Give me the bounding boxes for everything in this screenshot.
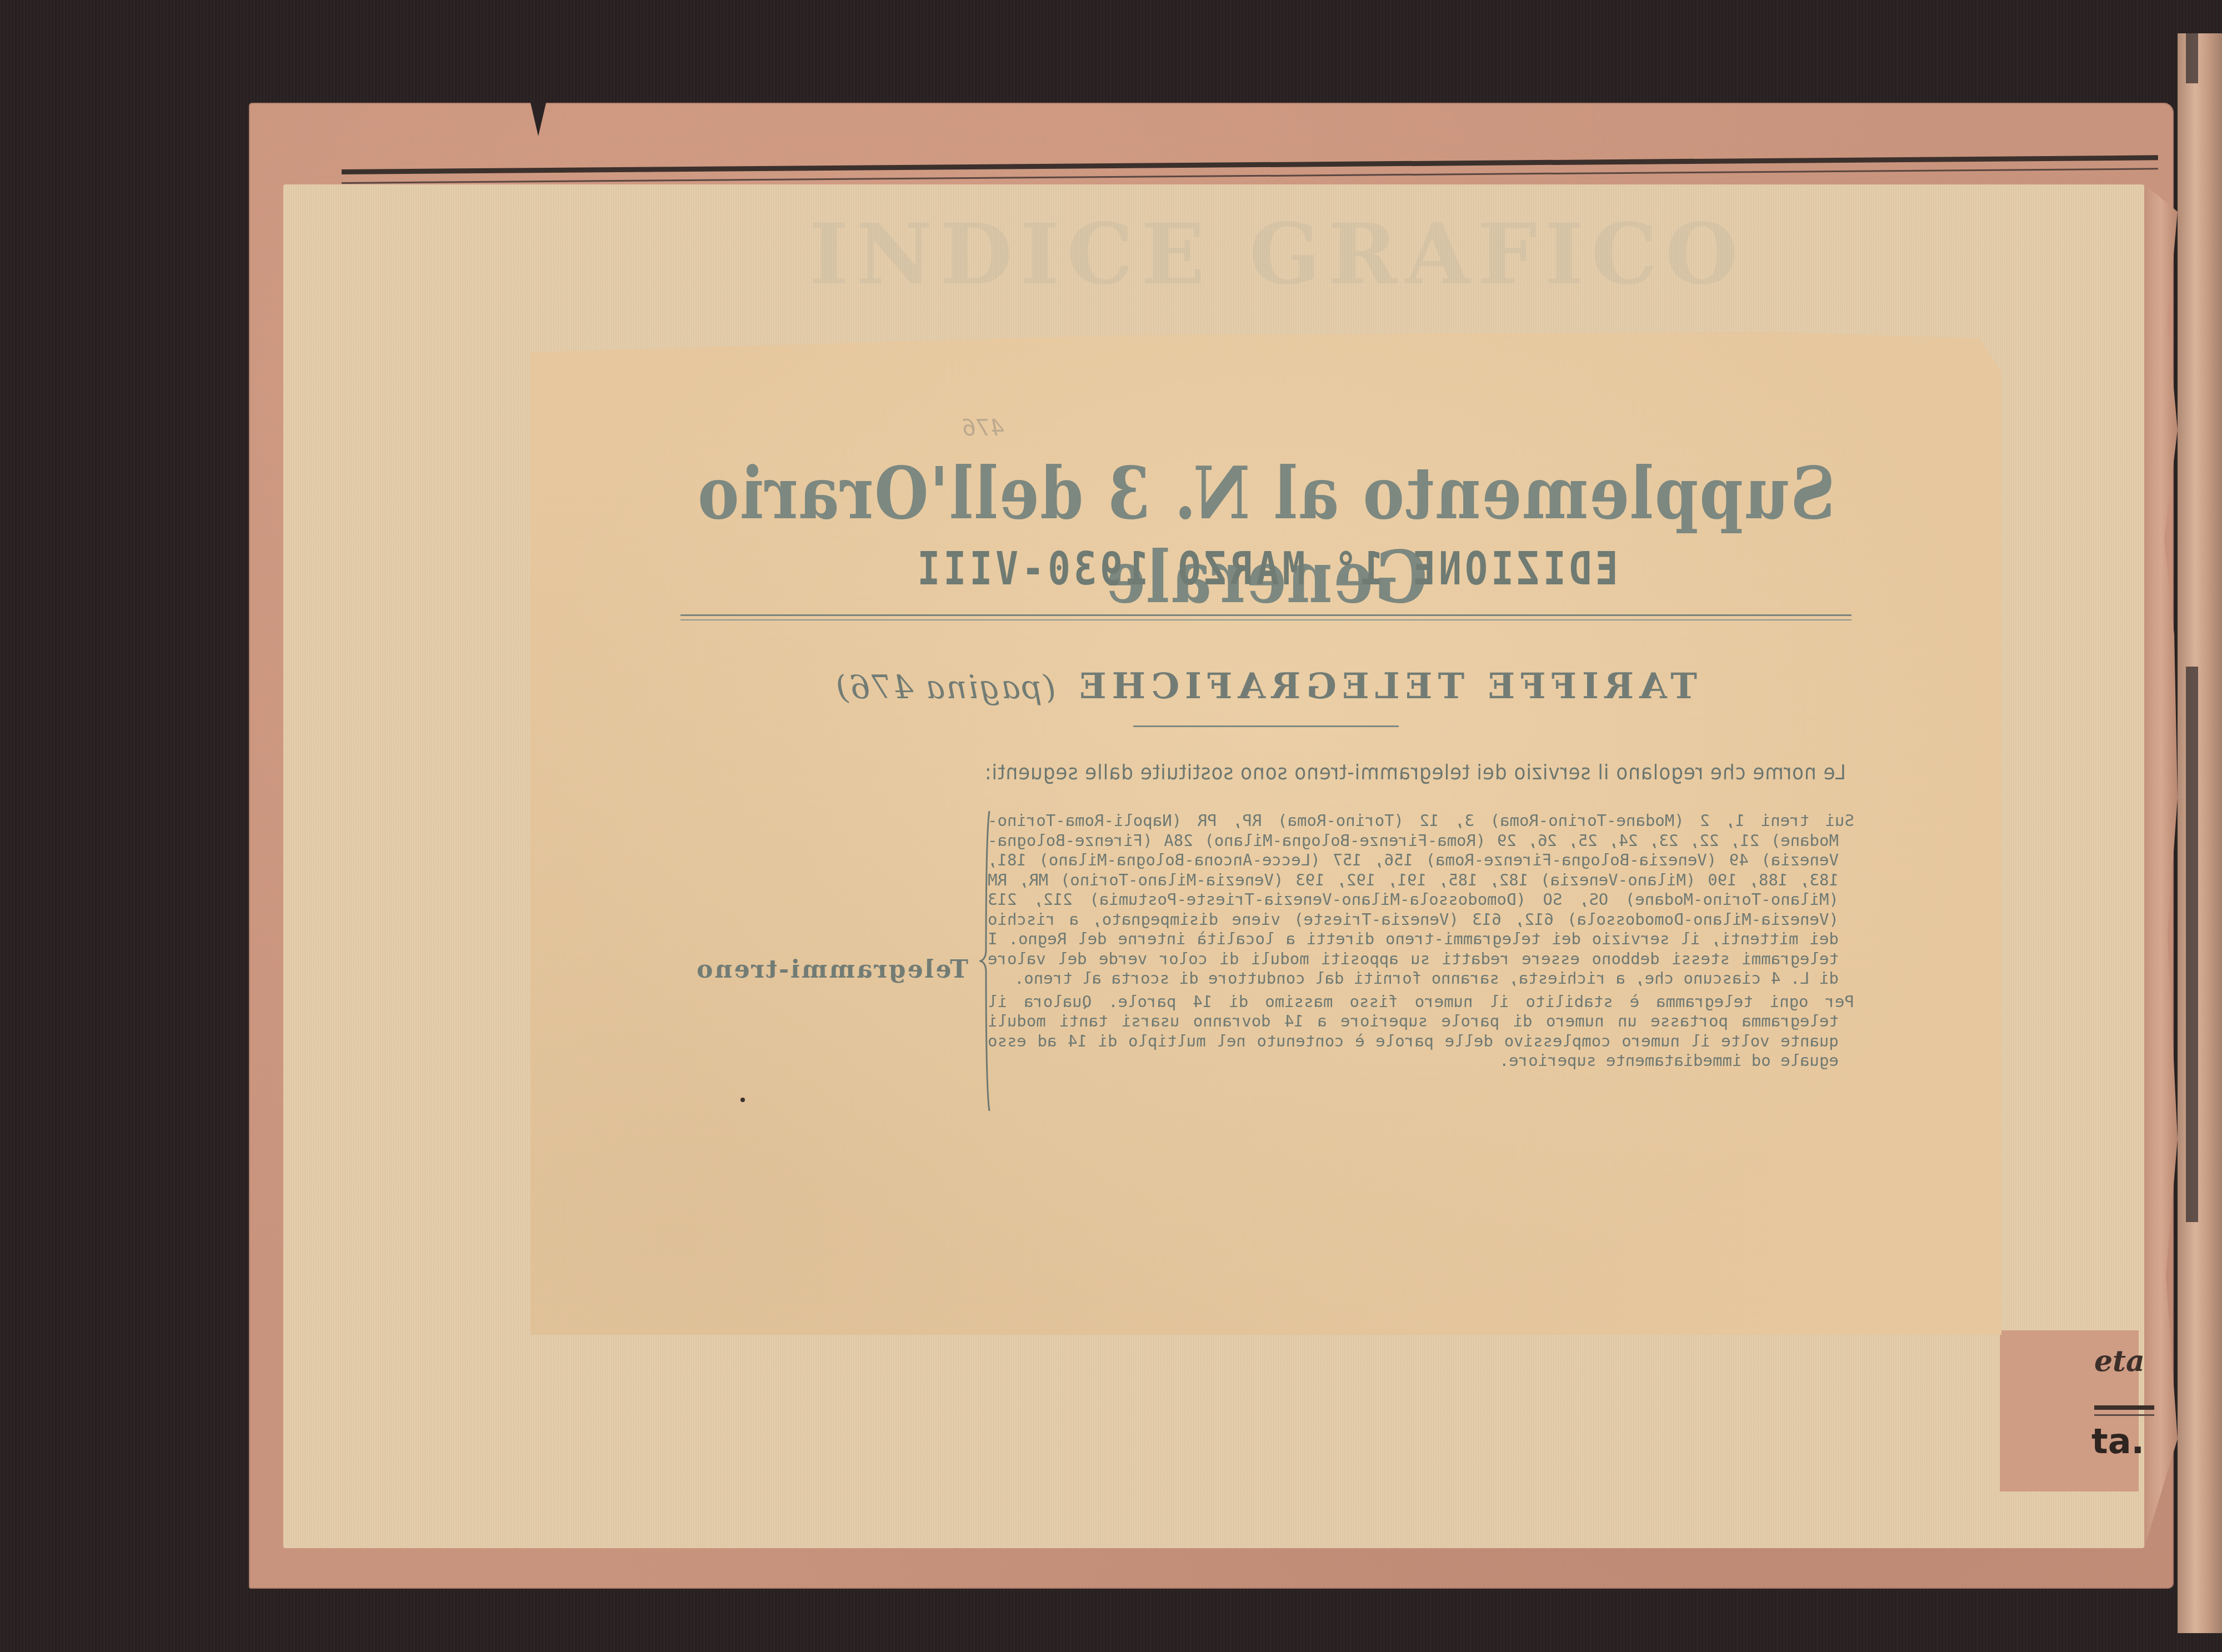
spine-band [2186, 667, 2198, 1222]
side-label-telegrammi-treno: Telegrammi-treno [679, 955, 968, 984]
underlying-page-text-bottom: ta. [2091, 1421, 2144, 1461]
cover-tear [531, 103, 546, 136]
pencil-annotation: 476 [962, 415, 1004, 441]
section-heading: TARIFFE TELEGRAFICHE (pagina 476) [531, 665, 2001, 707]
supplement-sheet: 476 Supplemento al N. 3 dell'Orario Gene… [531, 332, 2001, 1335]
regulation-body: Sui treni 1, 2 (Modane-Torino-Roma) 3, 1… [988, 811, 1854, 1074]
paragraph-trains: Sui treni 1, 2 (Modane-Torino-Roma) 3, 1… [988, 811, 1854, 989]
section-heading-text: TARIFFE TELEGRAFICHE [1074, 665, 1697, 707]
edition-line: EDIZIONE 1° MARZO 1930-VIII [531, 543, 2001, 596]
ghost-heading: INDICE GRAFICO [555, 206, 2000, 303]
paragraph-word-limit: Per ogni telegramma è stabilito il numer… [988, 992, 1854, 1071]
intro-text: Le norme che regolano il servizio dei te… [568, 760, 1846, 784]
underlying-page-rule [2094, 1405, 2154, 1416]
ink-speck [740, 1098, 745, 1102]
mirrored-content: 476 Supplemento al N. 3 dell'Orario Gene… [531, 332, 2001, 1335]
spine-band [2186, 33, 2198, 83]
book-spine [2178, 33, 2222, 1633]
underlying-page-text-top: eta [2094, 1344, 2145, 1378]
title-divider [680, 614, 1851, 620]
section-divider [1133, 725, 1399, 727]
section-page-ref: (pagina 476) [835, 668, 1056, 706]
brace-icon [979, 811, 992, 1111]
